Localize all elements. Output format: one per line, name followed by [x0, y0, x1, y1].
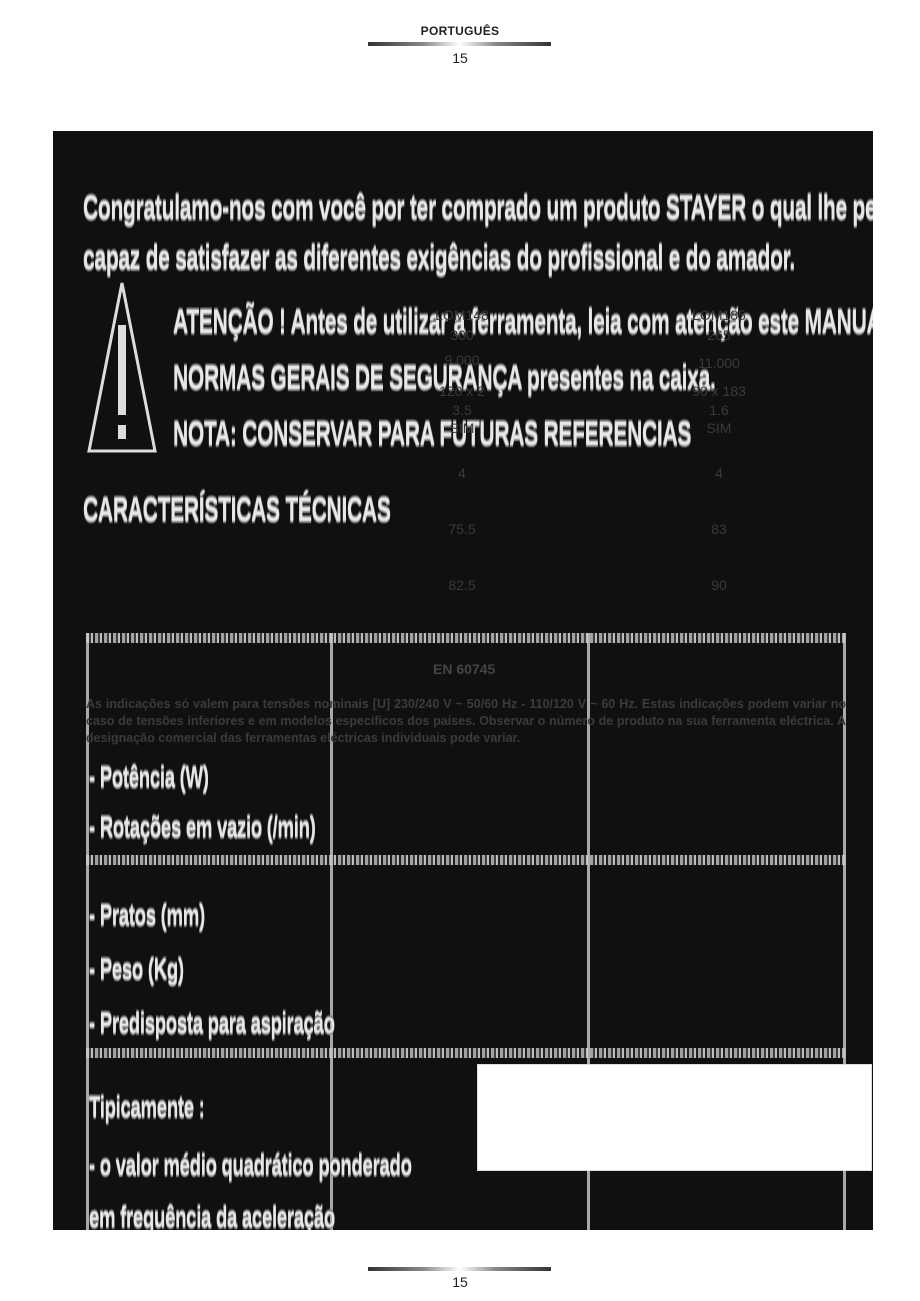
page-number-top: 15 — [0, 50, 920, 66]
row-label: - Predisposta para aspiração — [89, 1007, 335, 1041]
warning-triangle-icon — [85, 279, 159, 459]
row-label: - o valor médio quadrático ponderado — [89, 1149, 412, 1183]
intro-line-1: Congratulamo-nos com você por ter compra… — [83, 183, 873, 233]
language-label: PORTUGUÊS — [0, 24, 920, 38]
intro-line-2: capaz de satisfazer as diferentes exigên… — [83, 233, 873, 283]
footer-divider — [368, 1267, 551, 1271]
section-title: CARACTERÍSTICAS TÉCNICAS — [83, 491, 391, 530]
model-1: LOM148 — [392, 307, 532, 323]
spec-value: 4 — [649, 465, 789, 481]
scanned-spec-sheet: Congratulamo-nos com você por ter compra… — [53, 131, 873, 1230]
row-label: - Rotações em vazio (/min) — [89, 811, 316, 845]
spec-value: 90 x 183 — [649, 383, 789, 399]
spec-value: 300 — [392, 327, 532, 343]
spec-value: 3.5 — [392, 402, 532, 418]
spec-value: 265 — [649, 327, 789, 343]
spec-value: 1.6 — [649, 402, 789, 418]
row-label: - Pratos (mm) — [89, 899, 205, 933]
spec-value: SIM — [649, 420, 789, 436]
row-label: Tipicamente : — [89, 1091, 205, 1125]
row-label: em frequência da aceleração — [89, 1201, 335, 1230]
spec-value: SIM — [392, 420, 532, 436]
spec-value: 11.000 — [649, 355, 789, 371]
spec-value: 120 x 2 — [392, 383, 532, 399]
model-2: LOM185 — [649, 307, 789, 323]
table-border — [86, 633, 846, 643]
row-label: - Potência (W) — [89, 761, 209, 795]
blank-overlay — [477, 1064, 872, 1171]
spec-value: 4 — [392, 465, 532, 481]
spec-value: 82.5 — [392, 577, 532, 593]
spec-value: 75.5 — [392, 521, 532, 537]
spec-value: 9.000 — [392, 352, 532, 368]
spec-value: 83 — [649, 521, 789, 537]
row-label: - Peso (Kg) — [89, 953, 184, 987]
page-number-bottom: 15 — [0, 1274, 920, 1290]
table-divider — [86, 1048, 846, 1058]
intro-text: Congratulamo-nos com você por ter compra… — [83, 183, 873, 283]
spec-value: 90 — [649, 577, 789, 593]
header-divider — [368, 42, 551, 46]
voltage-note: As indicações só valem para tensões nomi… — [86, 696, 846, 747]
table-divider — [86, 855, 846, 865]
standard-label: EN 60745 — [433, 661, 495, 677]
